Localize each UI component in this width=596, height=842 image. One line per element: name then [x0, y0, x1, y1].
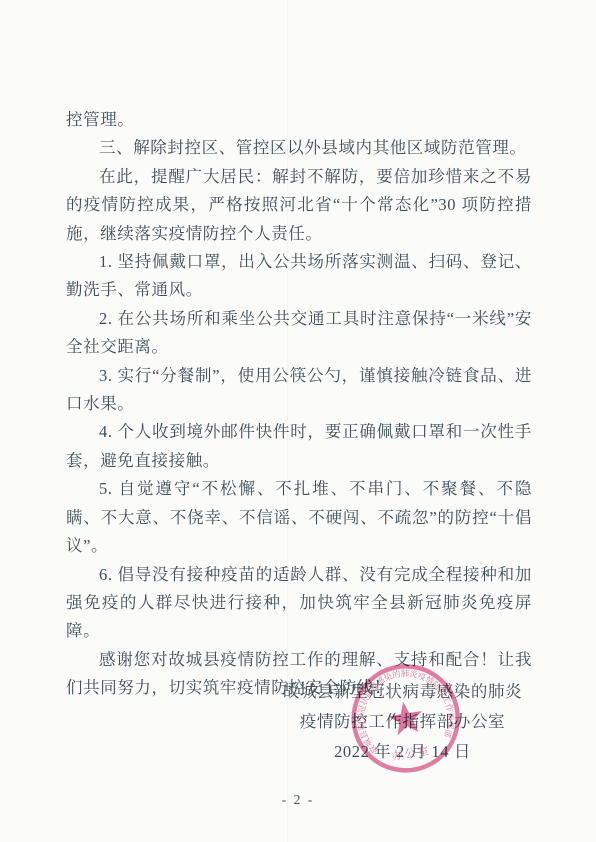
paragraph-item-3: 3. 实行“分餐制”，使用公筷公勺，谨慎接触冷链食品、进口水果。	[66, 362, 532, 419]
paragraph-item-5: 5. 自觉遵守“不松懈、不扎堆、不串门、不聚餐、不隐瞒、不大意、不侥幸、不信谣、…	[66, 475, 532, 560]
section-heading-three: 三、解除封控区、管控区以外县域内其他区域防范管理。	[66, 134, 532, 162]
signature-date: 2022 年 2 月 14 日	[230, 737, 575, 767]
paragraph-item-1: 1. 坚持佩戴口罩，出入公共场所落实测温、扫码、登记、勤洗手、常通风。	[66, 248, 532, 305]
paragraph-item-2: 2. 在公共场所和乘坐公共交通工具时注意保持“一米线”安全社交距离。	[66, 305, 532, 362]
paragraph-reminder: 在此，提醒广大居民：解封不解防，要倍加珍惜来之不易的疫情防控成果，严格按照河北省…	[66, 163, 532, 248]
page-number: - 2 -	[0, 792, 596, 808]
signature-org-line2: 疫情防控工作指挥部办公室	[230, 707, 575, 737]
paragraph-item-4: 4. 个人收到境外邮件快件时，要正确佩戴口罩和一次性手套，避免直接接触。	[66, 418, 532, 475]
signature-org-line1: 故城县新型冠状病毒感染的肺炎	[230, 677, 575, 707]
signature-block: 故城县新型冠状病毒感染的肺炎 疫情防控工作指挥部办公室 2022 年 2 月 1…	[230, 677, 575, 767]
document-body: 控管理。 三、解除封控区、管控区以外县域内其他区域防范管理。 在此，提醒广大居民…	[66, 106, 532, 703]
paragraph-item-6: 6. 倡导没有接种疫苗的适龄人群、没有完成全程接种和加强免疫的人群尽快进行接种，…	[66, 561, 532, 646]
scanned-document-page: 控管理。 三、解除封控区、管控区以外县域内其他区域防范管理。 在此，提醒广大居民…	[0, 0, 596, 842]
paragraph-continuation: 控管理。	[66, 106, 532, 134]
